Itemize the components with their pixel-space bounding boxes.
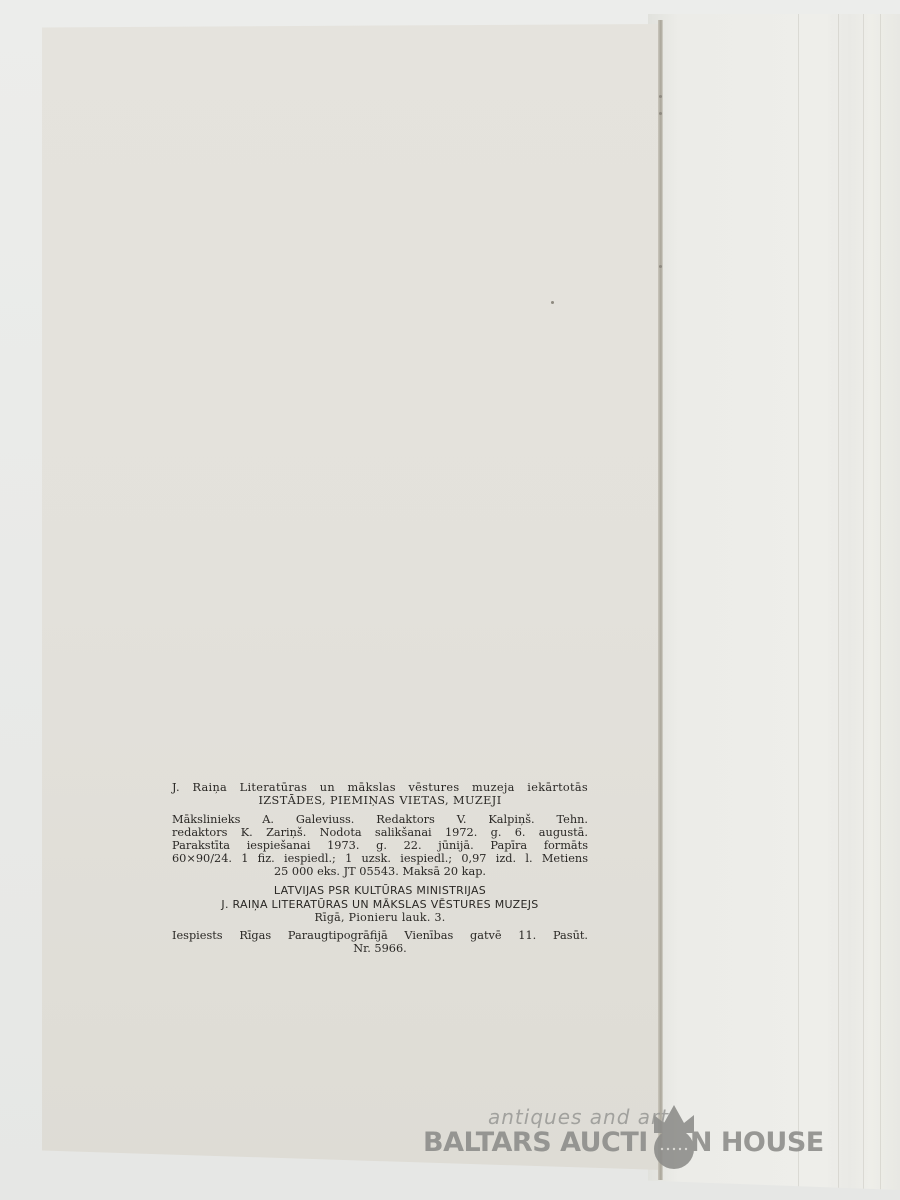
watermark-brand: BALTARS AUCTIN HOUSE: [423, 1127, 824, 1158]
publisher-line: LATVIJAS PSR KULTŪRAS MINISTRIJAS: [172, 884, 588, 898]
colophon-credits: Mākslinieks A. Galeviuss. Redaktors V. K…: [172, 813, 588, 878]
watermark: antiques and art BALTARS AUCTIN HOUSE: [423, 1105, 823, 1169]
credit-line: Parakstīta iespiešanai 1973. g. 22. jūni…: [172, 839, 588, 852]
credit-line: 60×90/24. 1 fiz. iespiedl.; 1 uzsk. iesp…: [172, 852, 588, 865]
page-edge: [658, 20, 663, 1180]
printer-block: Iespiests Rīgas Paraugtipogrāfijā Vienīb…: [172, 929, 588, 955]
publisher-line: J. RAIŅA LITERATŪRAS UN MĀKSLAS VĒSTURES…: [172, 898, 588, 912]
credit-line: Mākslinieks A. Galeviuss. Redaktors V. K…: [172, 813, 588, 826]
colophon-title: IZSTĀDES, PIEMIŅAS VIETAS, MUZEJI: [172, 794, 588, 807]
colophon: J. Raiņa Literatūras un mākslas vēstures…: [172, 781, 588, 955]
crown-logo-icon: [646, 1103, 702, 1171]
printer-line: Nr. 5966.: [172, 942, 588, 955]
booklet-page: [42, 24, 662, 1170]
watermark-brand-part: BALTARS AUCTI: [423, 1127, 648, 1158]
publisher-address: Rīgā, Pionieru lauk. 3.: [172, 911, 588, 925]
paper-speck: [659, 265, 662, 268]
printer-line: Iespiests Rīgas Paraugtipogrāfijā Vienīb…: [172, 929, 588, 942]
watermark-tagline: antiques and art: [488, 1105, 669, 1129]
paper-speck: [659, 112, 662, 115]
credit-line: 25 000 eks. JT 05543. Maksā 20 kap.: [172, 865, 588, 878]
underlying-page: [648, 14, 900, 1190]
colophon-intro: J. Raiņa Literatūras un mākslas vēstures…: [172, 781, 588, 794]
paper-speck: [659, 95, 662, 98]
credit-line: redaktors K. Zariņš. Nodota salikšanai 1…: [172, 826, 588, 839]
publisher-block: LATVIJAS PSR KULTŪRAS MINISTRIJAS J. RAI…: [172, 884, 588, 925]
paper-speck: [551, 301, 554, 304]
watermark-brand-part: N HOUSE: [690, 1127, 824, 1158]
